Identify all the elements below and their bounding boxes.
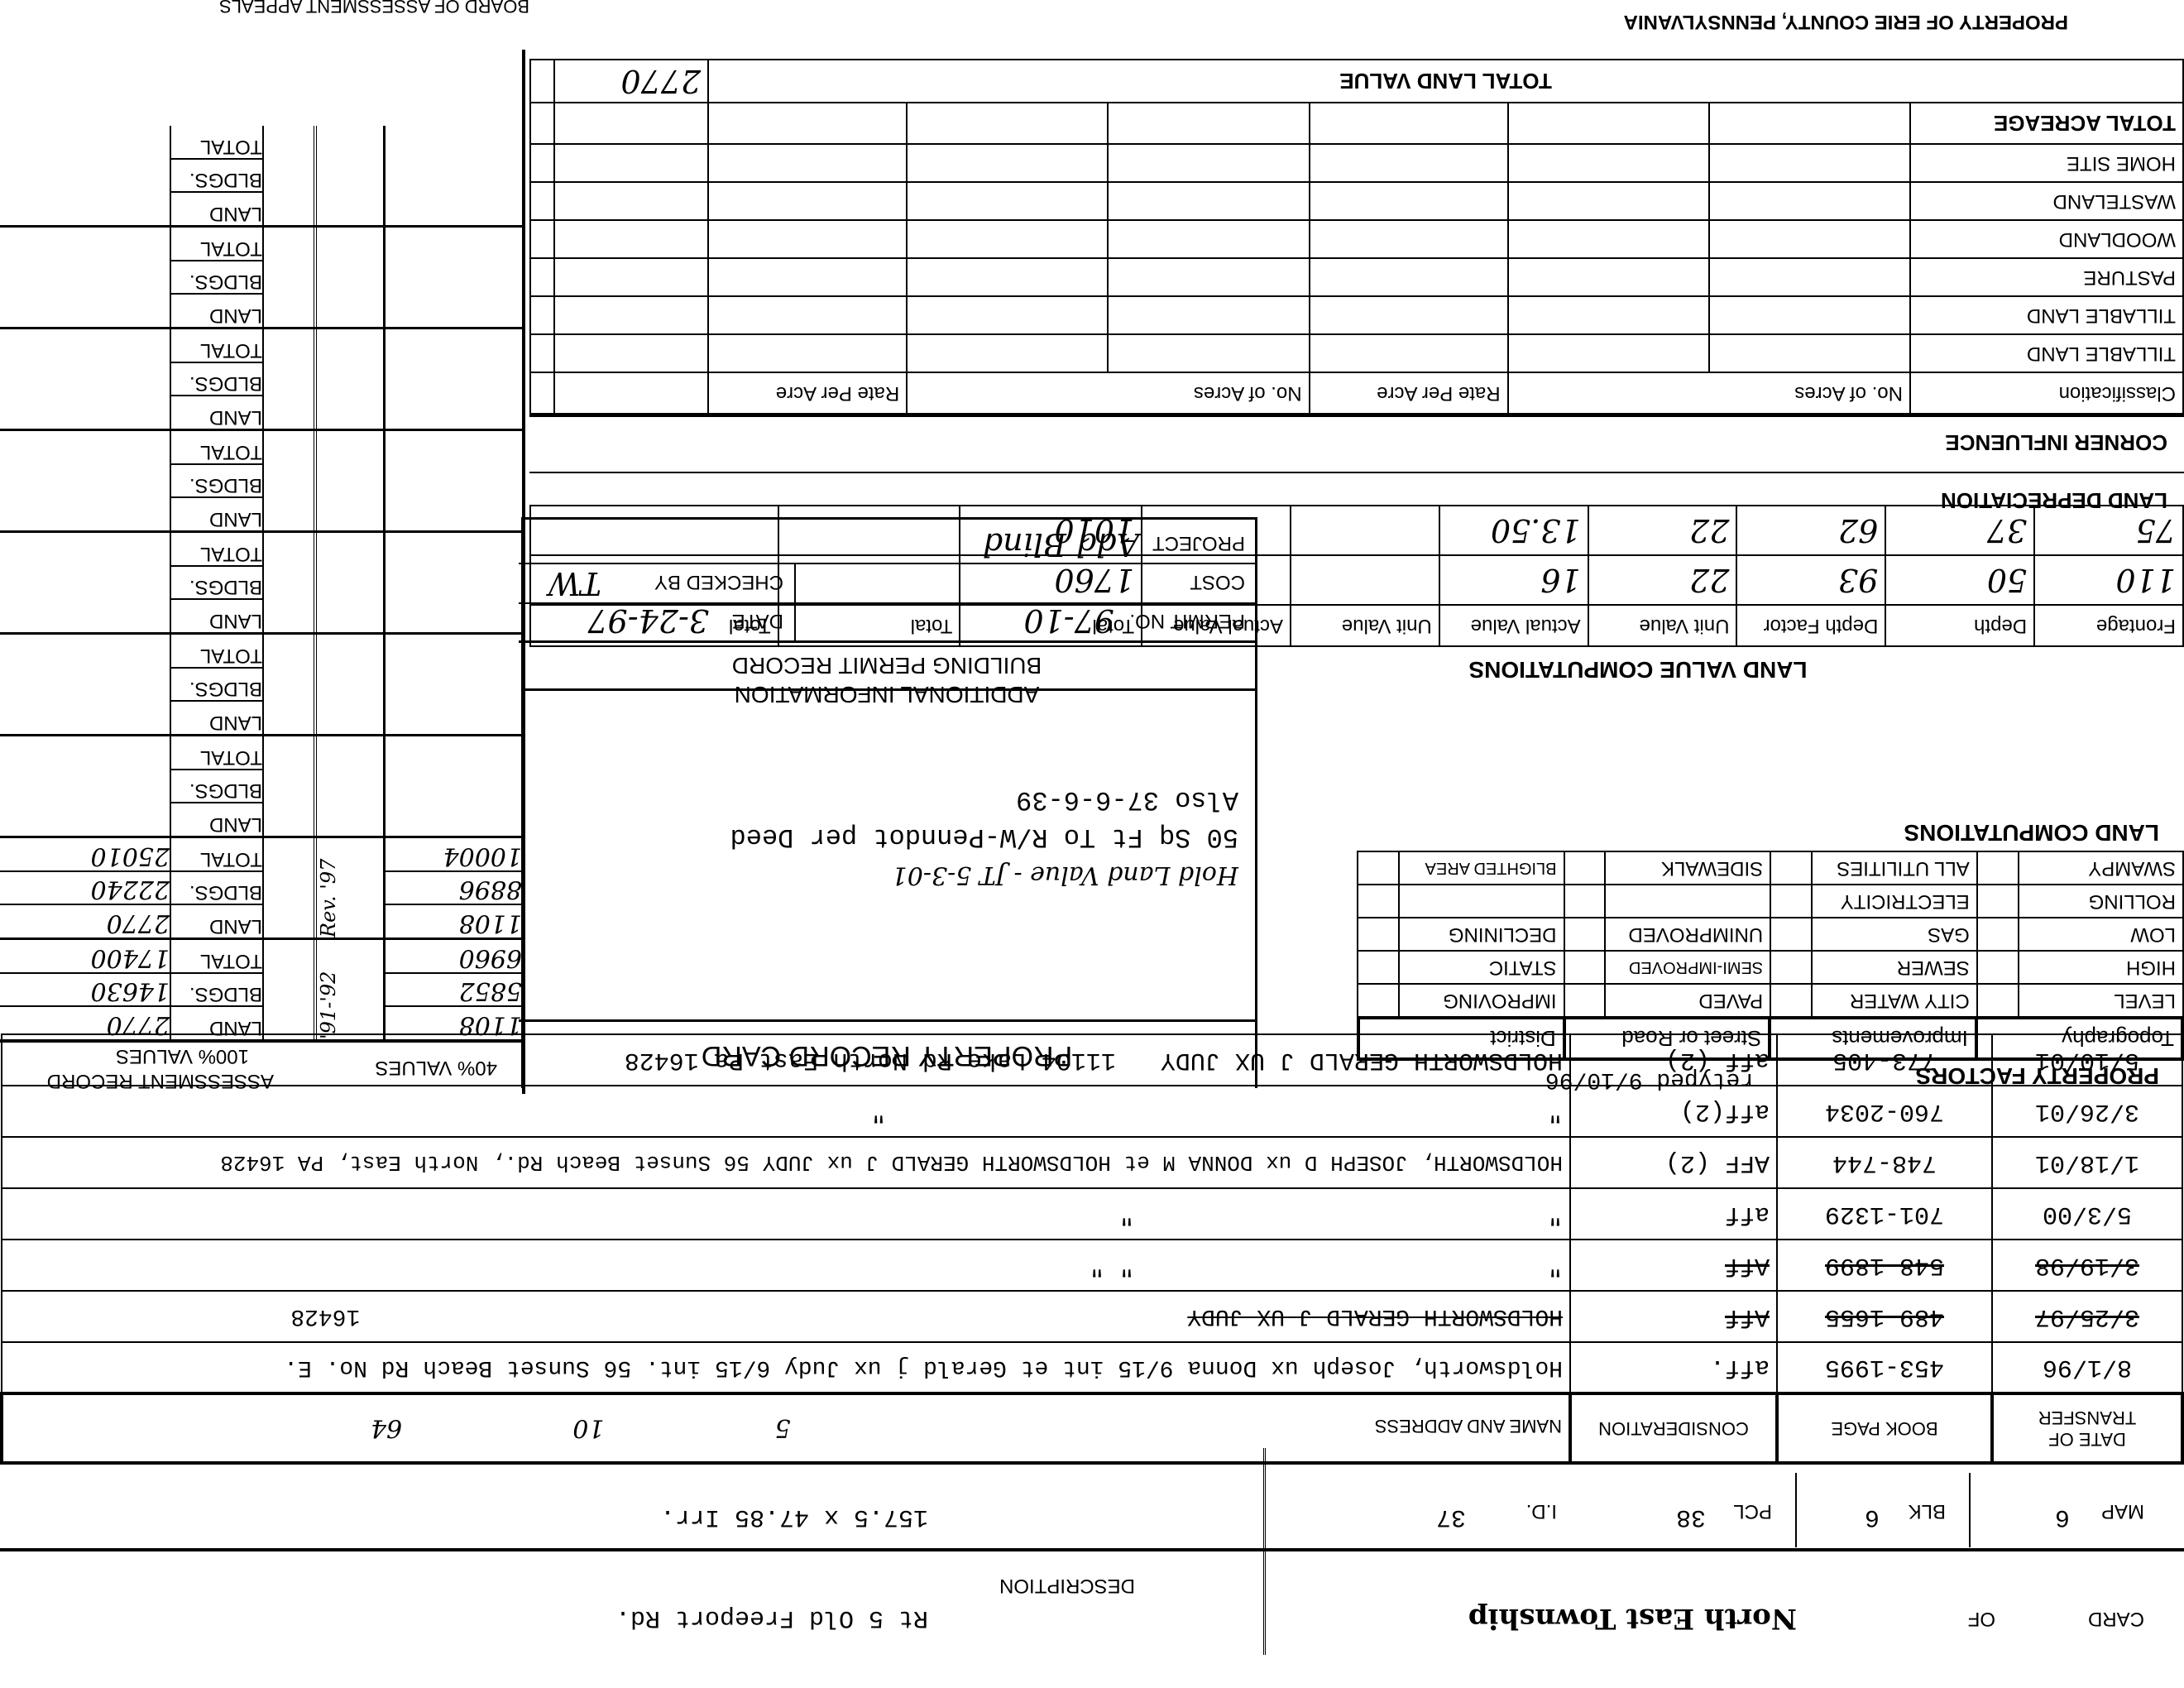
col-book-page: BOOK PAGE	[1777, 1393, 1992, 1463]
option-declining: DECLINING	[1399, 918, 1564, 951]
option-static: STATIC	[1399, 951, 1564, 984]
transfer-date: 3/19/98	[1992, 1240, 2182, 1291]
assessment-block-empty: LANDBLDGS.TOTAL	[0, 530, 522, 632]
transfer-book-page: 701-1329	[1777, 1188, 1992, 1240]
option-swampy: SWAMPY	[2019, 851, 2183, 885]
row-pasture: PASTURE	[1910, 258, 2183, 296]
transfer-row: 1/18/01 748-744 AFF (2) HOLDSWORTH, JOSE…	[2, 1137, 2182, 1188]
record-card-panel: PROPERTY RECORD CARD ADDITIONAL INFORMAT…	[521, 691, 1257, 1088]
forty-percent-label: 40% VALUES	[375, 1056, 497, 1079]
transfer-row: 8/1/96 453-1995 aff. Holdsworth, Joseph …	[2, 1342, 2182, 1393]
row-tillable: TILLABLE LAND	[1910, 334, 2183, 372]
handwritten-note: 64	[371, 1414, 402, 1443]
col-rate: Rate Per Acre	[1310, 372, 1508, 414]
col-frontage: Frontage	[2034, 605, 2183, 646]
transfer-row: 3/19/98 548-1899 Aff "" "	[2, 1240, 2182, 1291]
pcl-value: 38	[1676, 1503, 1706, 1531]
board-title: BOARD OF ASSESSMENT APPEALS	[0, 0, 529, 17]
map-value: 6	[2055, 1503, 2070, 1531]
assessment-block-empty: LANDBLDGS.TOTAL	[0, 327, 522, 429]
col-unit-value-2: Unit Value	[1291, 605, 1439, 646]
land-depreciation-label: LAND DEPRECIATION	[1941, 487, 2167, 513]
col-improvements: Improvements	[1770, 1018, 1976, 1059]
assessment-block: 1108 8896 10004 Rev. '97 LAND BLDGS. TOT…	[0, 836, 522, 938]
transfer-book-page: 489-1655	[1777, 1291, 1992, 1342]
col-classification: Classification	[1910, 372, 2183, 414]
parcel-id-row: MAP 6 BLK 6 PCL 38 I.D. 37 157.5 x 47.85…	[0, 1465, 2144, 1547]
option-city-water: CITY WATER	[1812, 984, 1977, 1017]
col-total: Total	[960, 605, 1142, 646]
option-semi-improved: SEMI-IMPROVED	[1605, 951, 1770, 984]
option-sewer: SEWER	[1812, 951, 1977, 984]
transfer-date: 5/3/00	[1992, 1188, 2182, 1240]
acreage-table: Classification No. of Acres Rate Per Acr…	[529, 59, 2184, 415]
option-improving: IMPROVING	[1399, 984, 1564, 1017]
transfer-name: HOLDSWORTH, JOSEPH D ux DONNA M et HOLDS…	[2, 1137, 1570, 1188]
col-name-address: NAME and ADDRESS 5 10 64	[2, 1393, 1570, 1463]
transfer-name: "" "	[2, 1240, 1570, 1291]
col-unit-value: Unit Value	[1588, 605, 1737, 646]
col-actual-value: Actual Value	[1439, 605, 1588, 646]
additional-info-line: Hold Land Value - JT 5-3-01	[892, 861, 1238, 890]
assessment-block-empty: LANDBLDGS.TOTAL	[0, 429, 522, 530]
total-land-value-label: TOTAL LAND VALUE	[708, 60, 2183, 103]
township-stamp: North East Township	[1468, 1602, 1797, 1635]
row-total-acreage: TOTAL ACREAGE	[1910, 103, 2183, 144]
option-low: LOW	[2019, 918, 2183, 951]
county-title: PROPERTY OF ERIE COUNTY, PENNSYLVANIA	[1489, 10, 2068, 33]
dimensions-value: 157.5 x 47.85 Irr.	[660, 1503, 928, 1531]
col-total-3: Total	[530, 605, 778, 646]
transfer-consideration: Aff	[1570, 1291, 1777, 1342]
option-electricity: ELECTRICITY	[1812, 885, 1977, 918]
option-gas: GAS	[1812, 918, 1977, 951]
transfer-book-page: 748-744	[1777, 1137, 1992, 1188]
property-factors-title: PROPERTY FACTORS	[1915, 1062, 2159, 1089]
description-label: DESCRIPTION	[999, 1574, 1135, 1597]
transfer-header-row: DATE OF TRANSFER BOOK PAGE CONSIDERATION…	[2, 1393, 2182, 1463]
property-record-card: PROPERTY OF ERIE COUNTY, PENNSYLVANIA BO…	[0, 0, 2184, 1688]
pcl-label: PCL	[1733, 1499, 1772, 1523]
assessment-block-empty: LANDBLDGS.TOTAL	[0, 632, 522, 734]
col-rate-2: Rate Per Acre	[708, 372, 907, 414]
col-district: District	[1358, 1018, 1564, 1059]
transfer-date: 3/25/97	[1992, 1291, 2182, 1342]
property-factors: PROPERTY FACTORS retyped 9/10/96 Topogra…	[1357, 846, 2184, 1094]
total-land-value: 2770	[554, 60, 708, 103]
transfer-date: 8/1/96	[1992, 1342, 2182, 1393]
col-total-2: Total	[778, 605, 960, 646]
row-wasteland: WASTELAND	[1910, 182, 2183, 220]
col-acres: No. of Acres	[1508, 372, 1910, 414]
transfer-consideration: aff	[1570, 1188, 1777, 1240]
id-label: I.D.	[1526, 1499, 1557, 1523]
map-label: MAP	[2101, 1499, 2144, 1523]
option-blighted-area: BLIGHTED AREA	[1399, 851, 1564, 885]
of-label: OF	[1968, 1607, 1995, 1630]
transfer-consideration: Aff	[1570, 1240, 1777, 1291]
transfer-book-page: 453-1995	[1777, 1342, 1992, 1393]
assessment-block-empty: LANDBLDGS.TOTAL	[0, 126, 522, 225]
option-level: LEVEL	[2019, 984, 2183, 1017]
blk-value: 6	[1865, 1503, 1880, 1531]
additional-info-line: Also 37-6-6-39	[1016, 784, 1238, 815]
divider	[0, 1548, 2184, 1551]
option-unimproved: UNIMPROVED	[1605, 918, 1770, 951]
description-value: Rt 5 Old Freeport Rd.	[615, 1604, 928, 1632]
col-acres-2: No. of Acres	[907, 372, 1309, 414]
transfer-name: HOLDSWORTH GERALD J UX JUDY16428	[2, 1291, 1570, 1342]
card-label: CARD	[2088, 1607, 2144, 1630]
assessment-block: 1108 5852 6960 '91-'92 LAND BLDGS. TOTAL…	[0, 938, 522, 1039]
transfer-name: ""	[2, 1188, 1570, 1240]
transfer-row: 5/3/00 701-1329 aff ""	[2, 1188, 2182, 1240]
option-rolling: ROLLING	[2019, 885, 2183, 918]
option-all-utilities: ALL UTILITIES	[1812, 851, 1977, 885]
col-actual-value-2: Actual Value	[1142, 605, 1291, 646]
handwritten-note: 10	[572, 1414, 604, 1443]
col-topography: Topography	[1976, 1018, 2182, 1059]
retyped-note: retyped 9/10/96	[1545, 1067, 1754, 1092]
assessment-block-empty: LANDBLDGS.TOTAL	[0, 225, 522, 327]
transfer-book-page: 548-1899	[1777, 1240, 1992, 1291]
property-factors-options: LEVELCITY WATERPAVEDIMPROVING HIGHSEWERS…	[1357, 851, 2184, 1018]
row-tillable-2: TILLABLE LAND	[1910, 296, 2183, 334]
acreage-section: LAND DEPRECIATION CORNER INFLUENCE Class…	[529, 59, 2184, 531]
col-consideration: CONSIDERATION	[1570, 1393, 1777, 1463]
handwritten-note: 5	[775, 1414, 791, 1443]
assessment-record: 40% VALUES ASSESSMENT RECORD 100% VALUES…	[0, 50, 525, 1094]
corner-influence-label: CORNER INFLUENCE	[1945, 429, 2167, 455]
transfer-date: 1/18/01	[1992, 1137, 2182, 1188]
assessment-title: ASSESSMENT RECORD	[47, 1069, 274, 1092]
transfer-name: Holdsworth, Joseph ux Donna 9/15 int et …	[2, 1342, 1570, 1393]
transfer-consideration: aff.	[1570, 1342, 1777, 1393]
land-value-computations-title: LAND VALUE COMPUTATIONS	[1092, 656, 2184, 683]
property-factors-table: Topography Improvements Street or Road D…	[1357, 1016, 2184, 1061]
transfer-table: DATE OF TRANSFER BOOK PAGE CONSIDERATION…	[0, 1033, 2184, 1465]
option-paved: PAVED	[1605, 984, 1770, 1017]
id-value: 37	[1436, 1503, 1466, 1531]
row-woodland: WOODLAND	[1910, 220, 2183, 258]
col-depth-factor: Depth Factor	[1736, 605, 1885, 646]
option-sidewalk: SIDEWALK	[1605, 851, 1770, 885]
transfer-row: 3/25/97 489-1655 Aff HOLDSWORTH GERALD J…	[2, 1291, 2182, 1342]
option-high: HIGH	[2019, 951, 2183, 984]
blk-label: BLK	[1909, 1499, 1946, 1523]
land-value-row: 110 50 93 22 16 1760	[530, 555, 2183, 605]
additional-info-line: 50 Sq Ft To R/W-Penndot per Deed	[730, 822, 1239, 852]
transfer-consideration: AFF (2)	[1570, 1137, 1777, 1188]
assessment-block-empty: LANDBLDGS.TOTAL	[0, 734, 522, 836]
col-date: DATE OF TRANSFER	[1992, 1393, 2182, 1463]
row-home-site: HOME SITE	[1910, 144, 2183, 182]
hundred-percent-label: 100% VALUES	[116, 1044, 249, 1067]
land-computations-label: LAND COMPUTATIONS	[1904, 819, 2160, 846]
col-street-road: Street or Road	[1564, 1018, 1770, 1059]
record-card-title: PROPERTY RECORD CARD	[519, 1039, 1255, 1072]
col-depth: Depth	[1885, 605, 2034, 646]
header-row: CARD OF North East Township DESCRIPTION …	[0, 1547, 2144, 1638]
